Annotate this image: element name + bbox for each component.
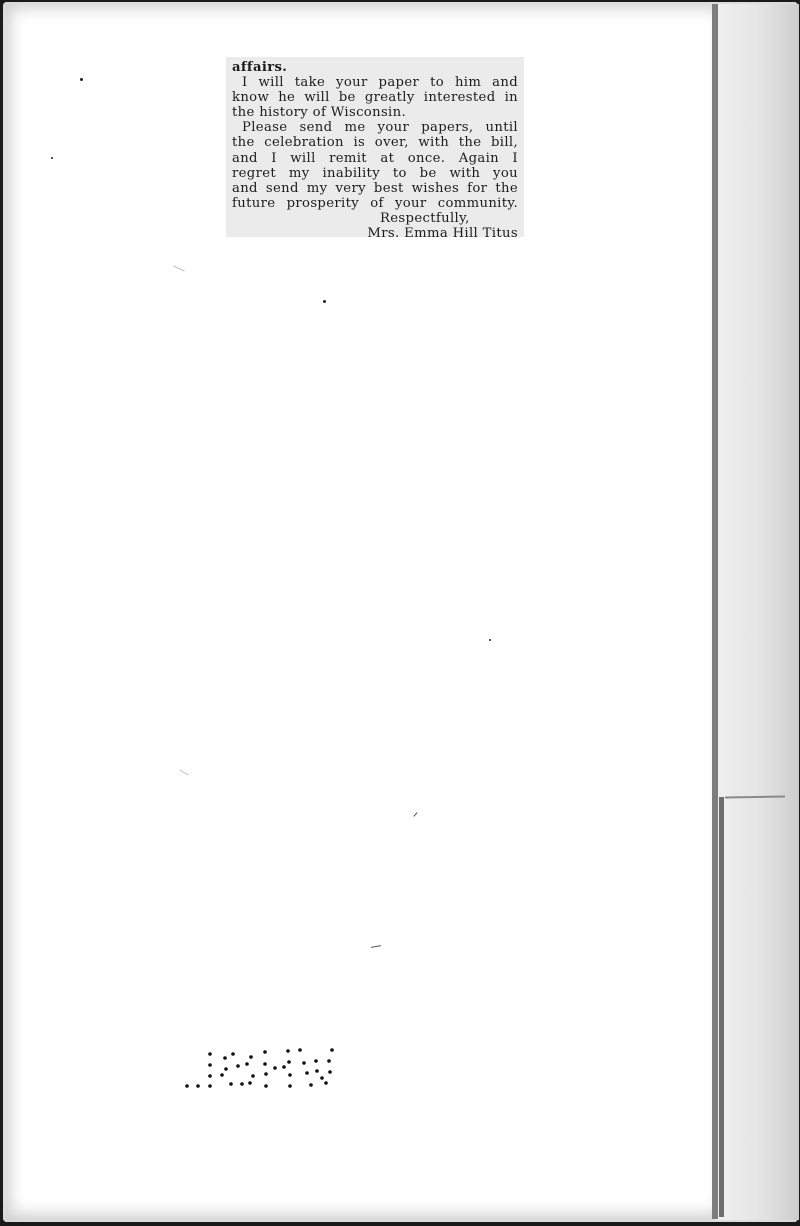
scanned-page: affairs. I will take your paper to him a…: [3, 2, 798, 1222]
clipping-line: affairs.: [232, 60, 518, 75]
clipping-line: the celebration is over, with the bill,: [232, 135, 518, 150]
scan-speck: [489, 639, 491, 641]
perforation-stamp: [181, 1044, 341, 1094]
clipping-line: regret my inability to be with you: [232, 166, 518, 181]
perforation-dots: [181, 1044, 341, 1094]
scan-speck: [80, 78, 83, 81]
clipping-closing: Respectfully,: [232, 211, 518, 226]
folded-flap: [715, 4, 799, 1220]
clipping-line: Please send me your papers, until: [232, 120, 518, 135]
newspaper-clipping: affairs. I will take your paper to him a…: [226, 57, 524, 237]
scan-speck: [323, 300, 326, 303]
fold-edge-upper: [712, 4, 718, 1219]
scan-speck: [51, 157, 53, 159]
clipping-line: and I will remit at once. Again I: [232, 151, 518, 166]
clipping-line: know he will be greatly interested in: [232, 90, 518, 105]
clipping-line: the history of Wisconsin.: [232, 105, 518, 120]
clipping-line: and send my very best wishes for the: [232, 181, 518, 196]
clipping-signature: Mrs. Emma Hill Titus: [232, 226, 518, 241]
clipping-line: I will take your paper to him and: [232, 75, 518, 90]
clipping-line: future prosperity of your community.: [232, 196, 518, 211]
fold-edge-lower: [719, 797, 724, 1217]
